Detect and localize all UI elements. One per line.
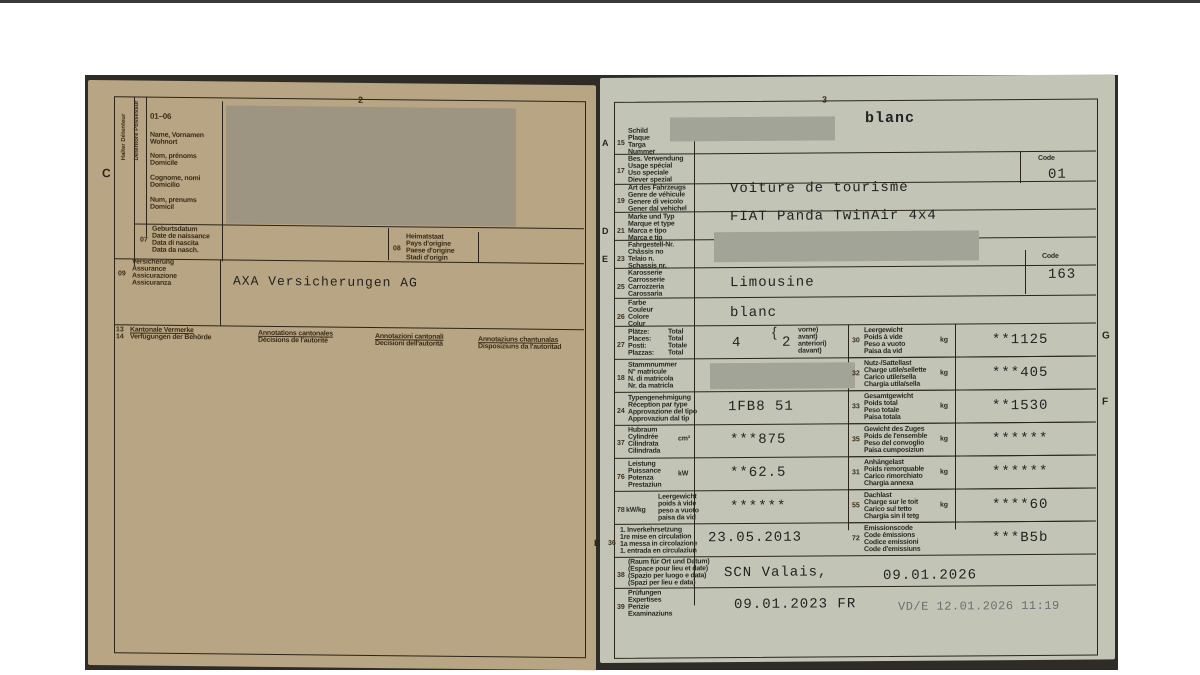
vertical-label-1: Halter Détenteur (121, 114, 127, 161)
redacted-holder-name (226, 105, 516, 226)
weight-label: Paisa da vid (864, 348, 902, 356)
vehicle-type-value: Voiture de tourisme (730, 180, 909, 197)
body-code: 163 (1048, 267, 1076, 283)
redacted-chassis-number (714, 230, 979, 262)
weight-value: **1530 (992, 398, 1048, 414)
weight-label: Chargia sin il tetg (864, 513, 919, 521)
weight-label: Chargia annexa (864, 480, 913, 488)
weight-label: Chargia utila/sella (864, 381, 920, 389)
redacted-plate-number (670, 116, 835, 141)
weight-number: 32 (852, 370, 860, 377)
weight-unit: kg (940, 403, 948, 411)
body-value: Limousine (730, 275, 815, 292)
type-approval-value: 1FB8 51 (728, 399, 794, 415)
side-letter: F (1102, 396, 1108, 407)
weight-value: ****60 (992, 497, 1048, 513)
weight-unit: kg (940, 436, 948, 444)
weight-number: 35 (852, 436, 860, 443)
weight-value: ***B5b (992, 530, 1048, 546)
redacted-matriculation-number (710, 362, 855, 389)
seats-total: 4 (732, 335, 741, 351)
issue-date-value: 09.01.2026 (883, 567, 977, 584)
weight-unit: kg (940, 502, 948, 510)
inspection-stamp: VD/E 12.01.2026 11:19 (898, 599, 1060, 614)
side-letter: G (1102, 330, 1110, 341)
holder-range: 01–06 (150, 113, 171, 121)
seats-front: 2 (782, 335, 791, 351)
power-weight-value: ****** (730, 499, 786, 515)
make-model-value: FIAT Panda TwinAir 4x4 (730, 208, 937, 225)
section-letter-c: C (102, 166, 111, 180)
inspection-value: 09.01.2023 FR (734, 596, 856, 613)
weight-label: Paisa totala (864, 414, 901, 422)
weight-number: 33 (852, 403, 860, 410)
weight-label: Paisa cumposiziun (864, 447, 924, 455)
weight-value: ***405 (992, 365, 1048, 381)
weight-label: Code d'emissiuns (864, 546, 920, 554)
weight-number: 55 (852, 502, 860, 509)
first-registration-value: 23.05.2013 (708, 530, 802, 547)
left-page: 2 C Halter Détenteur Detentore Possessur… (88, 80, 596, 670)
weight-number: 72 (852, 535, 860, 542)
weight-number: 30 (852, 337, 860, 344)
vertical-label-2: Detentore Possessur (134, 100, 140, 160)
power-value: **62.5 (730, 465, 786, 481)
weight-value: **1125 (992, 332, 1048, 348)
plate-color-value: blanc (865, 110, 915, 127)
weight-unit: kg (940, 370, 948, 378)
weight-unit: kg (940, 469, 948, 477)
insurance-value: AXA Versicherungen AG (233, 274, 418, 291)
weight-unit: kg (940, 337, 948, 345)
weight-number: 31 (852, 469, 860, 476)
displacement-value: ***875 (730, 432, 786, 448)
weight-value: ****** (992, 464, 1048, 480)
right-page: 3 A 15 Schild Plaque Targa Nummer blanc … (600, 74, 1115, 663)
weight-value: ****** (992, 431, 1048, 447)
color-value: blanc (730, 305, 777, 321)
scan-top-edge (0, 0, 1200, 3)
place-value: SCN Valais, (724, 564, 827, 581)
